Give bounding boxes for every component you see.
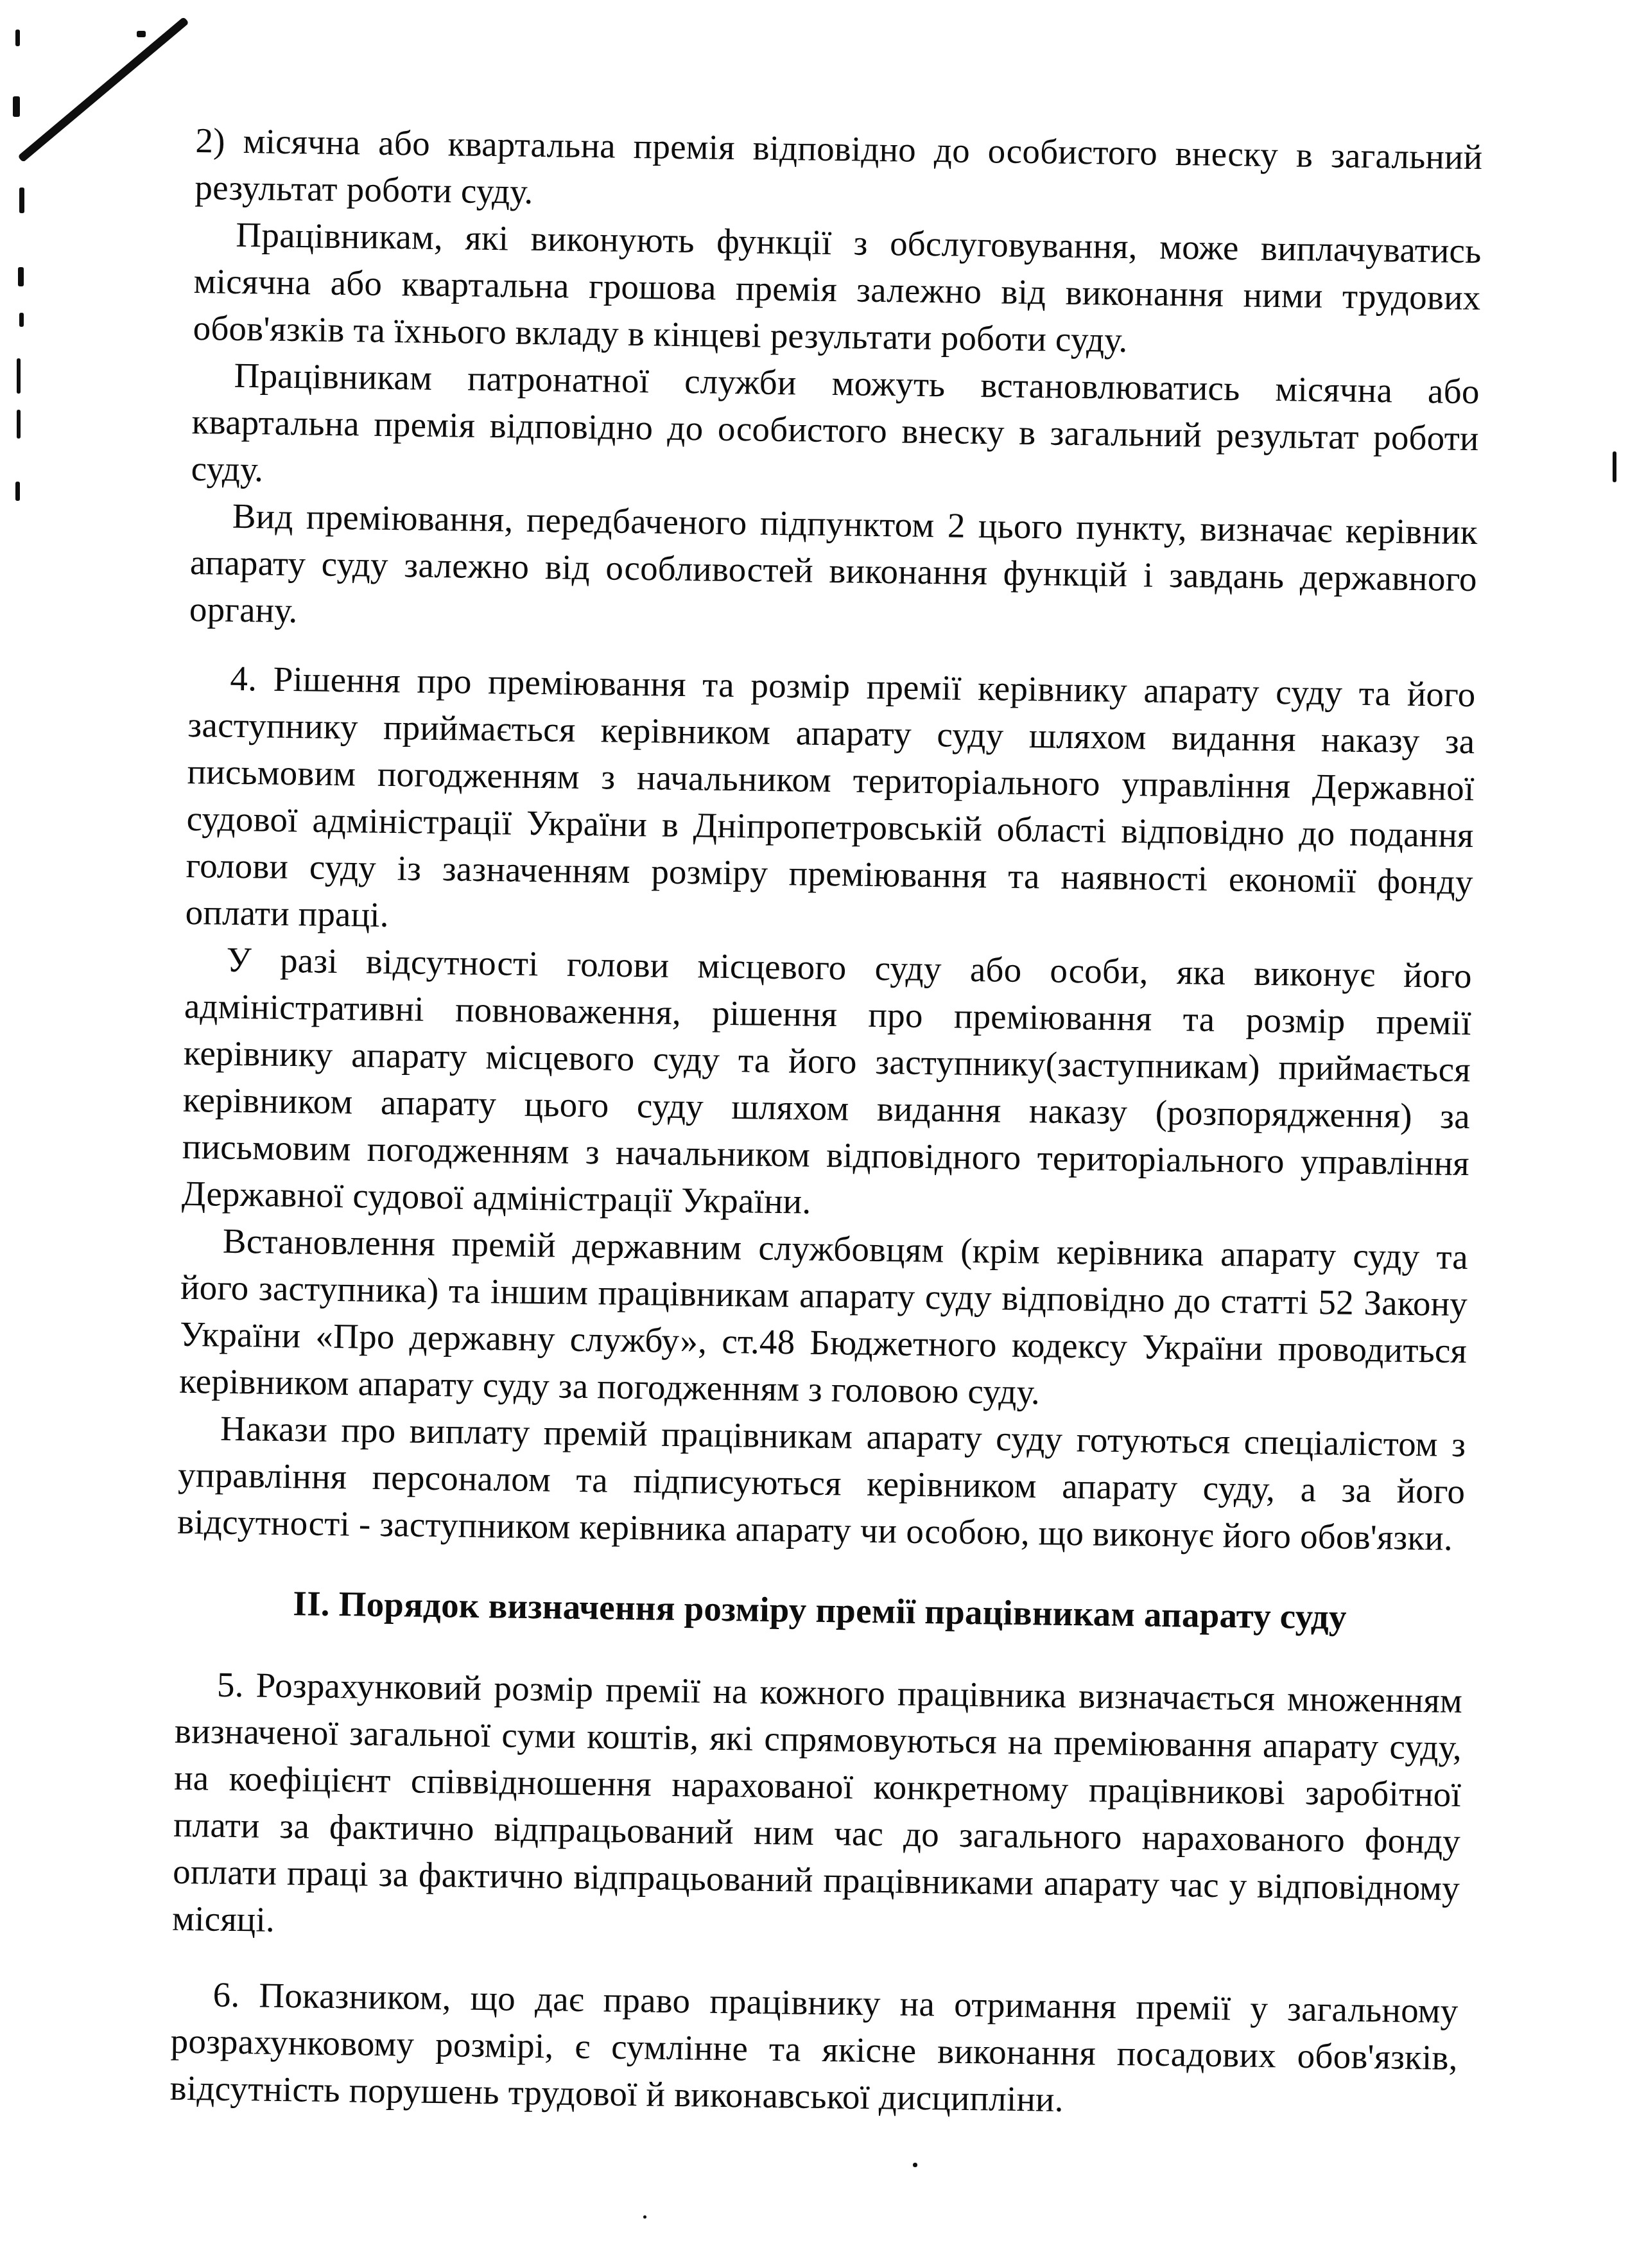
scan-speck — [19, 188, 24, 213]
paragraph-orders: Накази про виплату премій працівникам ап… — [177, 1404, 1466, 1562]
section-ii-heading: ІІ. Порядок визначення розміру премії пр… — [176, 1578, 1464, 1642]
scan-speck — [18, 267, 24, 286]
paragraph-subpoint-2: 2) місячна або квартальна премія відпові… — [195, 117, 1483, 227]
scan-speck — [913, 2163, 917, 2167]
paragraph-patronage-staff: Працівникам патронатної служби можуть вс… — [191, 351, 1480, 509]
scan-speck — [17, 358, 21, 394]
scan-speck — [15, 482, 20, 501]
scan-speck — [13, 96, 20, 117]
paragraph-point-4: 4. Рішення про преміювання та розмір пре… — [185, 654, 1476, 952]
paragraph-civil-servants: Встановлення премій державним службовцям… — [179, 1217, 1469, 1421]
scan-speck — [19, 313, 24, 327]
paragraph-point-6: 6. Показником, що дає право працівнику н… — [169, 1971, 1459, 2128]
scan-speck — [17, 410, 21, 439]
document-body: 2) місячна або квартальна премія відпові… — [169, 117, 1482, 2128]
scan-speck — [137, 31, 146, 37]
scan-speck — [643, 2215, 646, 2219]
paragraph-absence-of-head: У разі відсутності голови місцевого суду… — [182, 936, 1473, 1234]
scanned-document-page: 2) місячна або квартальна премія відпові… — [0, 0, 1637, 2268]
paragraph-bonus-type: Вид преміювання, передбаченого підпункто… — [189, 492, 1478, 649]
scan-artifact-diagonal-line — [17, 17, 189, 162]
paragraph-point-5: 5. Розрахунковий розмір премії на кожног… — [172, 1661, 1463, 1958]
scan-speck — [15, 30, 20, 46]
paragraph-service-staff: Працівникам, які виконують функції з обс… — [193, 211, 1482, 368]
scan-artifact-right-margin-tick — [1613, 451, 1616, 482]
